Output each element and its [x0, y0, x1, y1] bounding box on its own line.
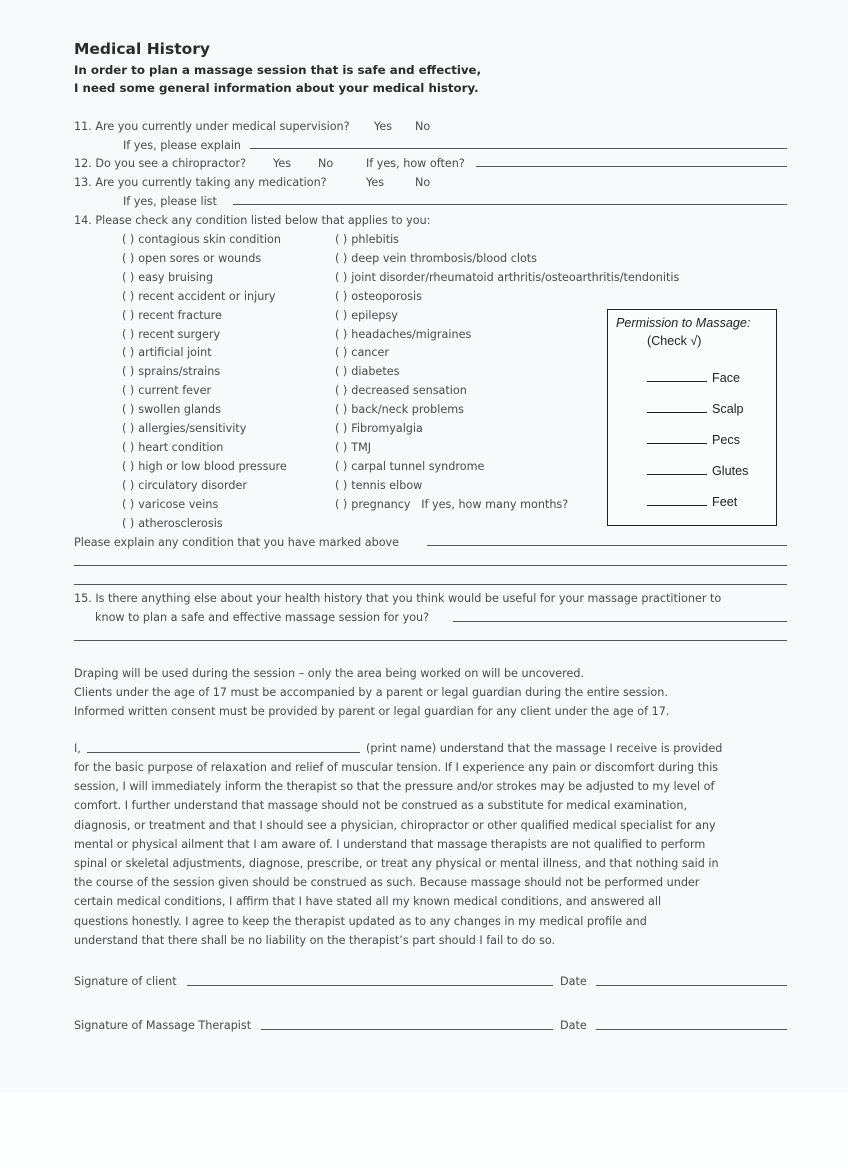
permission-area-label: Face — [712, 371, 740, 385]
consent-text-line: for the basic purpose of relaxation and … — [74, 761, 718, 774]
condition-item[interactable]: ( )cancer — [335, 346, 389, 359]
q11-no-option[interactable]: No — [415, 120, 430, 133]
permission-check-field[interactable] — [647, 412, 707, 413]
q11-explain-field[interactable] — [250, 148, 787, 149]
condition-checkbox[interactable]: ( ) — [335, 441, 347, 454]
condition-label: diabetes — [351, 365, 399, 378]
permission-area-row: Scalp — [647, 398, 777, 416]
consent-text-line: mental or physical ailment that I am awa… — [74, 838, 705, 851]
condition-checkbox[interactable]: ( ) — [122, 365, 134, 378]
condition-checkbox[interactable]: ( ) — [335, 290, 347, 303]
condition-label: Fibromyalgia — [351, 422, 423, 435]
condition-item[interactable]: ( )sprains/strains — [122, 365, 220, 378]
client-signature-field[interactable] — [187, 985, 553, 986]
q13-medication-field[interactable] — [233, 204, 787, 205]
condition-item[interactable]: ( )tennis elbow — [335, 479, 422, 492]
condition-item[interactable]: ( )high or low blood pressure — [122, 460, 287, 473]
permission-to-massage-box: Permission to Massage: (Check √) FaceSca… — [607, 309, 777, 526]
permission-area-row: Feet — [647, 491, 777, 509]
condition-label: cancer — [351, 346, 389, 359]
permission-area-row: Glutes — [647, 460, 777, 478]
q15-text-line1: 15. Is there anything else about your he… — [74, 592, 721, 605]
condition-item[interactable]: ( )Fibromyalgia — [335, 422, 423, 435]
condition-item[interactable]: ( )heart condition — [122, 441, 223, 454]
consent-text-line: comfort. I further understand that massa… — [74, 799, 687, 812]
condition-label: allergies/sensitivity — [138, 422, 246, 435]
condition-checkbox[interactable]: ( ) — [122, 384, 134, 397]
condition-label: back/neck problems — [351, 403, 464, 416]
q12-yes-option[interactable]: Yes — [273, 157, 291, 170]
condition-label: decreased sensation — [351, 384, 467, 397]
explain-field-line3[interactable] — [74, 584, 787, 585]
condition-checkbox[interactable]: ( ) — [122, 328, 134, 341]
condition-label: tennis elbow — [351, 479, 422, 492]
condition-checkbox[interactable]: ( ) — [335, 233, 347, 246]
condition-checkbox[interactable]: ( ) — [335, 252, 347, 265]
client-date-field[interactable] — [596, 985, 787, 986]
print-name-field[interactable] — [87, 752, 360, 753]
condition-item[interactable]: ( )back/neck problems — [335, 403, 464, 416]
q13-followup-label: If yes, please list — [123, 195, 217, 208]
client-date-label: Date — [560, 975, 587, 988]
condition-checkbox[interactable]: ( ) — [335, 460, 347, 473]
condition-checkbox[interactable]: ( ) — [122, 233, 134, 246]
condition-item[interactable]: ( )phlebitis — [335, 233, 399, 246]
consent-text-line: the course of the session given should b… — [74, 876, 699, 889]
condition-label: recent accident or injury — [138, 290, 275, 303]
q14-text: 14. Please check any condition listed be… — [74, 214, 430, 227]
therapist-date-field[interactable] — [596, 1029, 787, 1030]
consent-text-line: diagnosis, or treatment and that I shoul… — [74, 819, 716, 832]
notice-minors-accompanied: Clients under the age of 17 must be acco… — [74, 686, 668, 699]
q13-text: 13. Are you currently taking any medicat… — [74, 176, 327, 189]
consent-text-line: session, I will immediately inform the t… — [74, 780, 714, 793]
condition-item[interactable]: ( )contagious skin condition — [122, 233, 281, 246]
permission-title: Permission to Massage: — [616, 316, 750, 330]
condition-item[interactable]: ( )carpal tunnel syndrome — [335, 460, 484, 473]
q12-no-option[interactable]: No — [318, 157, 333, 170]
condition-item[interactable]: ( )joint disorder/rheumatoid arthritis/o… — [335, 271, 679, 284]
condition-checkbox[interactable]: ( ) — [122, 441, 134, 454]
q12-frequency-field[interactable] — [476, 166, 787, 167]
condition-label: heart condition — [138, 441, 223, 454]
condition-checkbox[interactable]: ( ) — [335, 346, 347, 359]
permission-check-field[interactable] — [647, 381, 707, 382]
consent-text-line: understand that there shall be no liabil… — [74, 934, 555, 947]
q11-followup-label: If yes, please explain — [123, 139, 241, 152]
condition-label: artificial joint — [138, 346, 211, 359]
condition-label: current fever — [138, 384, 211, 397]
condition-item[interactable]: ( )current fever — [122, 384, 211, 397]
q11-yes-option[interactable]: Yes — [374, 120, 392, 133]
condition-item[interactable]: ( )allergies/sensitivity — [122, 422, 246, 435]
condition-checkbox[interactable]: ( ) — [122, 498, 134, 511]
condition-item[interactable]: ( )osteoporosis — [335, 290, 422, 303]
client-signature-label: Signature of client — [74, 975, 177, 988]
page-title: Medical History — [74, 40, 210, 58]
condition-item[interactable]: ( )TMJ — [335, 441, 371, 454]
q12-text: 12. Do you see a chiropractor? — [74, 157, 246, 170]
condition-item[interactable]: ( )artificial joint — [122, 346, 212, 359]
q13-yes-option[interactable]: Yes — [366, 176, 384, 189]
consent-text-line: spinal or skeletal adjustments, diagnose… — [74, 857, 719, 870]
page-subtitle-line1: In order to plan a massage session that … — [74, 63, 481, 77]
explain-field-line1[interactable] — [427, 545, 787, 546]
condition-label: joint disorder/rheumatoid arthritis/oste… — [351, 271, 679, 284]
condition-label: high or low blood pressure — [138, 460, 287, 473]
condition-item[interactable]: ( )circulatory disorder — [122, 479, 247, 492]
condition-item[interactable]: ( )recent surgery — [122, 328, 220, 341]
q11-text: 11. Are you currently under medical supe… — [74, 120, 350, 133]
condition-item[interactable]: ( )headaches/migraines — [335, 328, 471, 341]
condition-label: atherosclerosis — [138, 517, 222, 530]
q15-field-line1[interactable] — [453, 621, 787, 622]
consent-text-line: certain medical conditions, I affirm tha… — [74, 895, 661, 908]
explain-field-line2[interactable] — [74, 565, 787, 566]
condition-label: swollen glands — [138, 403, 221, 416]
condition-label: epilepsy — [351, 309, 398, 322]
condition-item[interactable]: ( )deep vein thrombosis/blood clots — [335, 252, 537, 265]
condition-item[interactable]: ( )varicose veins — [122, 498, 218, 511]
condition-checkbox[interactable]: ( ) — [335, 309, 347, 322]
permission-area-row: Face — [647, 367, 777, 385]
condition-item[interactable]: ( )easy bruising — [122, 271, 213, 284]
condition-checkbox[interactable]: ( ) — [335, 498, 347, 511]
condition-checkbox[interactable]: ( ) — [122, 290, 134, 303]
condition-label: contagious skin condition — [138, 233, 281, 246]
q15-text-line2: know to plan a safe and effective massag… — [95, 611, 429, 624]
condition-item[interactable]: ( )diabetes — [335, 365, 399, 378]
condition-checkbox[interactable]: ( ) — [335, 422, 347, 435]
condition-label: circulatory disorder — [138, 479, 247, 492]
condition-label: pregnancy If yes, how many months? — [351, 498, 568, 511]
condition-label: recent fracture — [138, 309, 222, 322]
condition-checkbox[interactable]: ( ) — [335, 479, 347, 492]
q13-no-option[interactable]: No — [415, 176, 430, 189]
permission-area-label: Feet — [712, 495, 737, 509]
therapist-date-label: Date — [560, 1019, 587, 1032]
condition-checkbox[interactable]: ( ) — [122, 309, 134, 322]
consent-text-line: questions honestly. I agree to keep the … — [74, 915, 647, 928]
condition-item[interactable]: ( )decreased sensation — [335, 384, 467, 397]
permission-check-field[interactable] — [647, 474, 707, 475]
notice-draping: Draping will be used during the session … — [74, 667, 584, 680]
condition-checkbox[interactable]: ( ) — [122, 346, 134, 359]
permission-area-label: Glutes — [712, 464, 748, 478]
condition-checkbox[interactable]: ( ) — [122, 422, 134, 435]
permission-check-field[interactable] — [647, 443, 707, 444]
therapist-signature-label: Signature of Massage Therapist — [74, 1019, 251, 1032]
condition-item[interactable]: ( )recent accident or injury — [122, 290, 276, 303]
condition-label: recent surgery — [138, 328, 220, 341]
condition-item[interactable]: ( )swollen glands — [122, 403, 221, 416]
condition-checkbox[interactable]: ( ) — [122, 479, 134, 492]
consent-after-name: (print name) understand that the massage… — [366, 742, 722, 755]
condition-item[interactable]: ( )epilepsy — [335, 309, 398, 322]
condition-label: deep vein thrombosis/blood clots — [351, 252, 537, 265]
consent-lead: I, — [74, 742, 81, 755]
permission-instruction: (Check √) — [647, 334, 702, 348]
notice-minors-consent: Informed written consent must be provide… — [74, 705, 669, 718]
condition-label: easy bruising — [138, 271, 213, 284]
condition-label: phlebitis — [351, 233, 399, 246]
condition-checkbox[interactable]: ( ) — [122, 252, 134, 265]
permission-check-field[interactable] — [647, 505, 707, 506]
condition-checkbox[interactable]: ( ) — [122, 271, 134, 284]
therapist-signature-field[interactable] — [261, 1029, 553, 1030]
condition-label: carpal tunnel syndrome — [351, 460, 484, 473]
condition-checkbox[interactable]: ( ) — [335, 271, 347, 284]
condition-item[interactable]: ( )atherosclerosis — [122, 517, 223, 530]
condition-item[interactable]: ( )recent fracture — [122, 309, 222, 322]
condition-label: headaches/migraines — [351, 328, 471, 341]
condition-label: sprains/strains — [138, 365, 220, 378]
condition-item[interactable]: ( )open sores or wounds — [122, 252, 261, 265]
condition-checkbox[interactable]: ( ) — [335, 328, 347, 341]
page-bottom-strip — [0, 1093, 848, 1168]
condition-checkbox[interactable]: ( ) — [335, 365, 347, 378]
condition-checkbox[interactable]: ( ) — [335, 384, 347, 397]
condition-label: TMJ — [351, 441, 371, 454]
permission-area-label: Scalp — [712, 402, 744, 416]
condition-item[interactable]: ( )pregnancy If yes, how many months? — [335, 498, 568, 511]
q15-field-line2[interactable] — [74, 640, 787, 641]
permission-area-row: Pecs — [647, 429, 777, 447]
condition-checkbox[interactable]: ( ) — [122, 403, 134, 416]
condition-checkbox[interactable]: ( ) — [122, 460, 134, 473]
condition-label: osteoporosis — [351, 290, 422, 303]
condition-checkbox[interactable]: ( ) — [335, 403, 347, 416]
condition-checkbox[interactable]: ( ) — [122, 517, 134, 530]
q12-followup-label: If yes, how often? — [366, 157, 465, 170]
explain-prompt: Please explain any condition that you ha… — [74, 536, 399, 549]
page-subtitle-line2: I need some general information about yo… — [74, 81, 479, 95]
condition-label: varicose veins — [138, 498, 218, 511]
condition-label: open sores or wounds — [138, 252, 261, 265]
permission-area-label: Pecs — [712, 433, 740, 447]
